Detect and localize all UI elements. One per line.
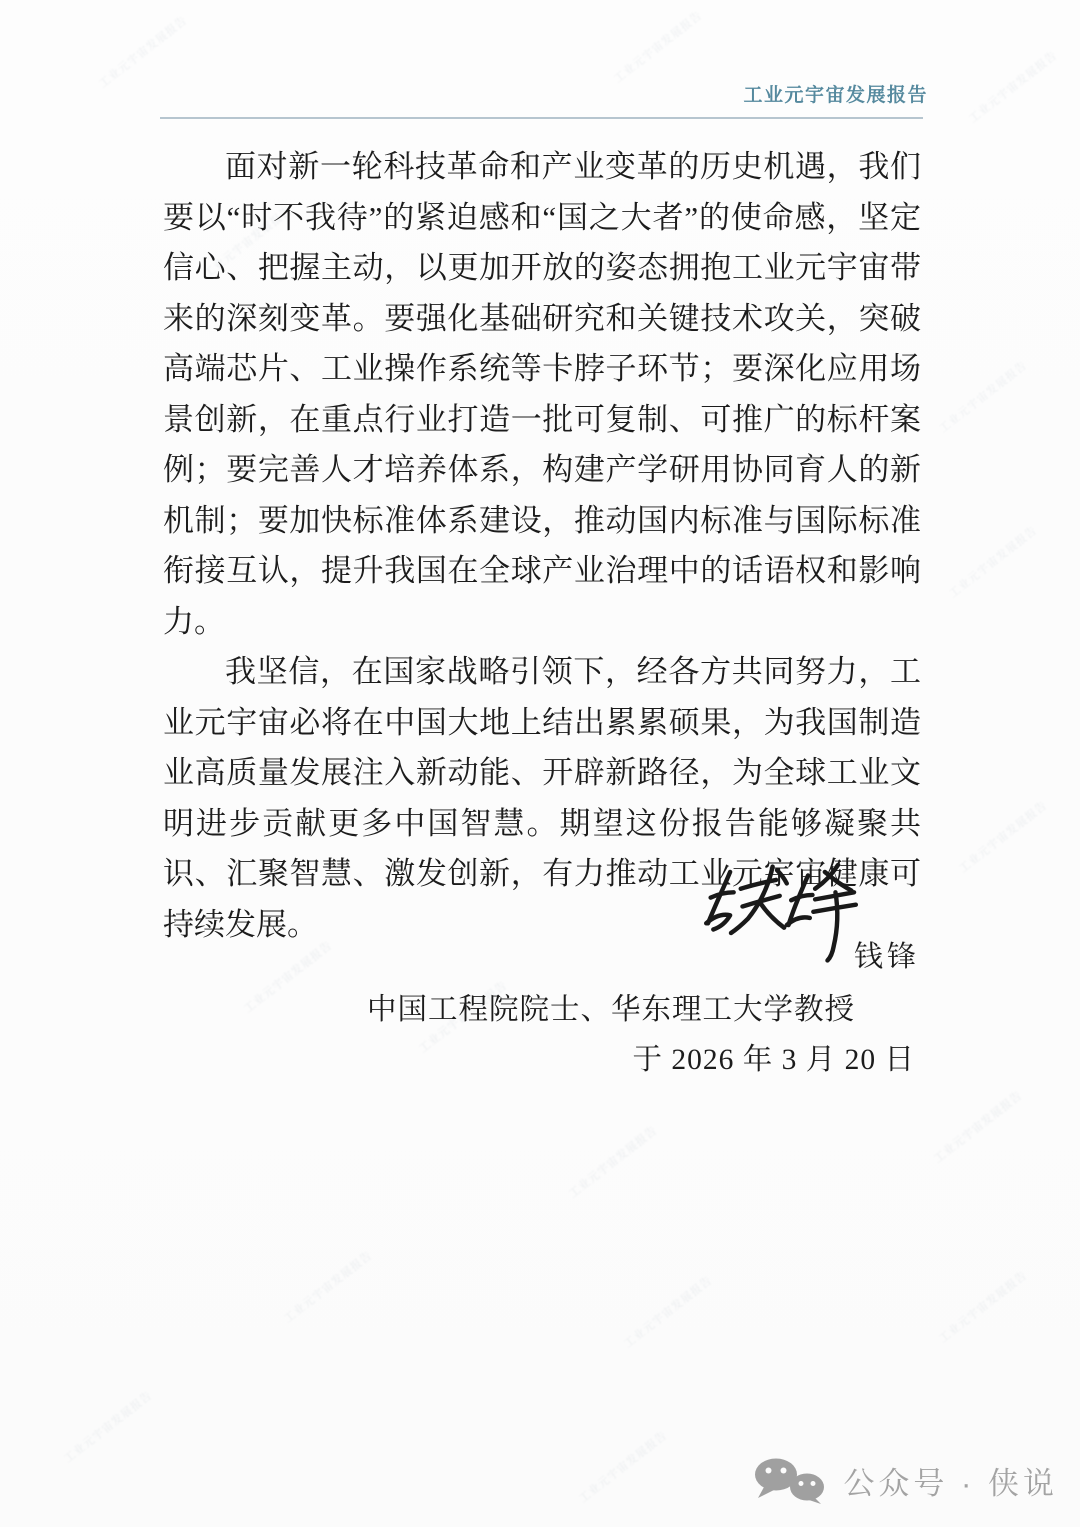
handwritten-signature (696, 856, 874, 964)
diagonal-watermark: 工业元宇宙发展报告 (95, 12, 190, 91)
diagonal-watermark: 工业元宇宙发展报告 (965, 47, 1060, 126)
diagonal-watermark: 工业元宇宙发展报告 (610, 7, 705, 86)
foreword-body: 面对新一轮科技革命和产业变革的历史机遇，我们要以“时不我待”的紧迫感和“国之大者… (163, 142, 921, 950)
signer-credential: 中国工程院院士、华东理工大学教授 (367, 986, 855, 1028)
diagonal-watermark: 工业元宇宙发展报告 (565, 1122, 660, 1201)
wechat-icon (751, 1456, 831, 1504)
diagonal-watermark: 工业元宇宙发展报告 (935, 1267, 1030, 1346)
page-header-title: 工业元宇宙发展报告 (743, 80, 928, 107)
diagonal-watermark: 工业元宇宙发展报告 (935, 357, 1030, 436)
report-page: 工业元宇宙发展报告 工业元宇宙发展报告 工业元宇宙发展报告 工业元宇宙发展报告 … (0, 0, 1080, 1527)
diagonal-watermark: 工业元宇宙发展报告 (280, 1247, 375, 1326)
paragraph: 面对新一轮科技革命和产业变革的历史机遇，我们要以“时不我待”的紧迫感和“国之大者… (163, 142, 921, 647)
diagonal-watermark: 工业元宇宙发展报告 (620, 1272, 715, 1351)
diagonal-watermark: 工业元宇宙发展报告 (945, 522, 1040, 601)
footer-brand-label: 公众号 · 侠说 (843, 1458, 1058, 1503)
header-divider-line (160, 117, 923, 119)
diagonal-watermark: 工业元宇宙发展报告 (60, 1387, 155, 1466)
diagonal-watermark: 工业元宇宙发展报告 (930, 1087, 1025, 1166)
diagonal-watermark: 工业元宇宙发展报告 (955, 797, 1050, 876)
diagonal-watermark: 工业元宇宙发展报告 (575, 1427, 670, 1506)
signature-date: 于 2026 年 3 月 20 日 (632, 1036, 915, 1078)
footer-brand: 公众号 · 侠说 (751, 1456, 1058, 1504)
signer-name: 钱锋 (854, 934, 920, 975)
